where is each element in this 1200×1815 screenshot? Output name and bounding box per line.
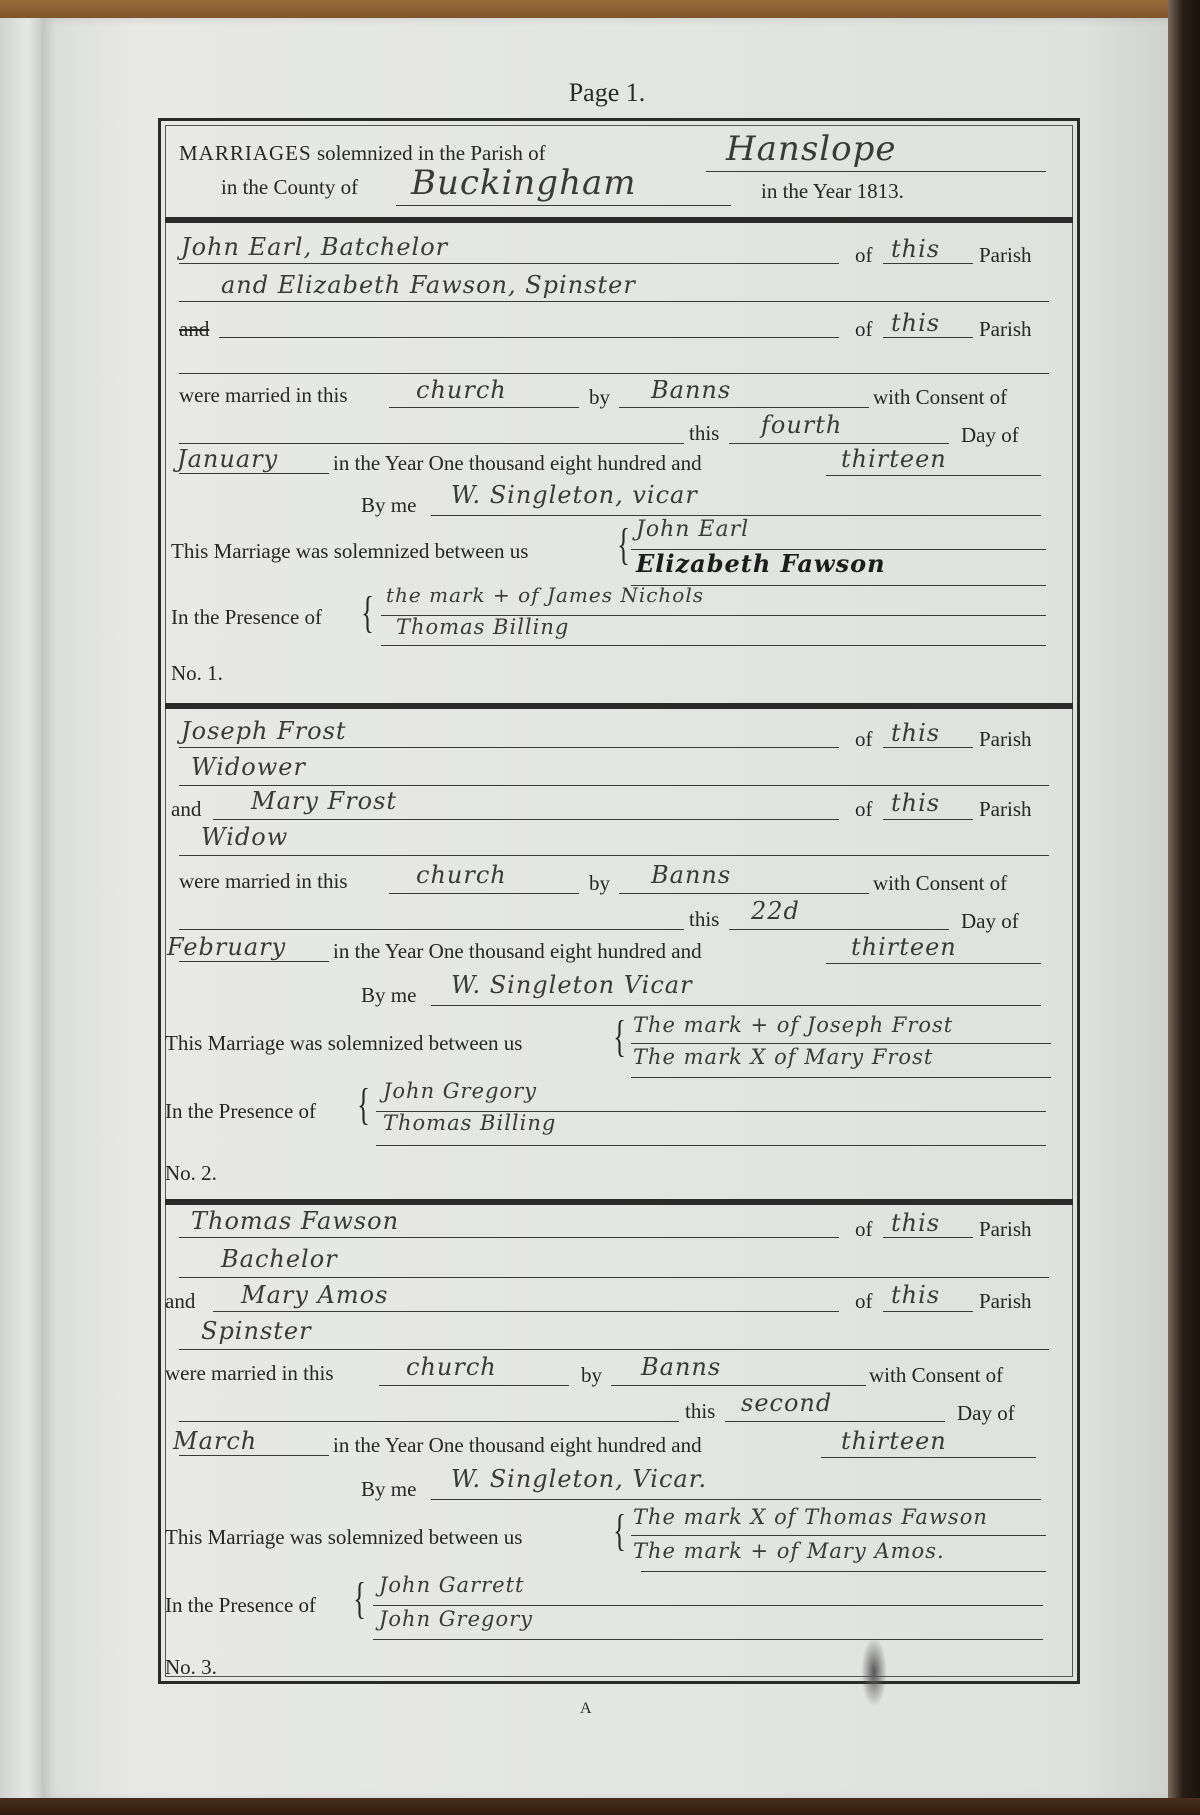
page-title: Page 1.	[42, 78, 1172, 108]
brace: {	[617, 523, 630, 567]
groom-status: Bachelor	[221, 1245, 338, 1273]
bride-parish: this	[891, 1281, 940, 1309]
officiant: W. Singleton, vicar	[451, 481, 698, 509]
entry-divider	[165, 1199, 1073, 1205]
marriage-month: March	[173, 1427, 257, 1455]
signature-1: John Earl	[636, 517, 749, 542]
witness-1: the mark + of James Nichols	[386, 583, 704, 607]
witness-1: John Garrett	[379, 1573, 524, 1597]
bride-parish: this	[891, 309, 940, 337]
struck-and: and	[179, 317, 209, 342]
header-marriages: MARRIAGES	[179, 141, 312, 165]
brace: {	[353, 1577, 366, 1621]
marriage-day: 22d	[751, 897, 800, 925]
marriage-year: thirteen	[841, 445, 947, 473]
printer-signature-mark: A	[580, 1700, 592, 1718]
marriage-year: thirteen	[851, 933, 957, 961]
brace: {	[361, 591, 374, 635]
marriage-month: January	[177, 445, 278, 473]
entry-number: No. 2.	[165, 1161, 217, 1186]
signature-1: The mark + of Joseph Frost	[633, 1013, 953, 1037]
marriage-register-frame: MARRIAGES solemnized in the Parish of Ha…	[158, 118, 1080, 1684]
header-solemnized: solemnized in the Parish of	[317, 141, 546, 165]
signature-1: The mark X of Thomas Fawson	[633, 1505, 988, 1529]
signature-2: The mark + of Mary Amos.	[633, 1539, 945, 1563]
groom-status: Widower	[191, 753, 306, 781]
entry-number: No. 1.	[171, 661, 223, 686]
signature-2: Elizabeth Fawson	[636, 549, 886, 578]
witness-1: John Gregory	[383, 1079, 537, 1103]
marriage-month: February	[167, 933, 286, 961]
brace: {	[613, 1509, 626, 1553]
groom-name: Thomas Fawson	[191, 1207, 399, 1235]
groom-parish: this	[891, 719, 940, 747]
officiant: W. Singleton Vicar	[451, 971, 693, 999]
header-county-label: in the County of	[221, 175, 358, 200]
witness-2: Thomas Billing	[383, 1111, 556, 1135]
witness-2: John Gregory	[379, 1607, 533, 1631]
brace: {	[613, 1015, 626, 1059]
header-divider	[165, 217, 1073, 223]
marriage-method: Banns	[651, 861, 731, 889]
marriage-place: church	[416, 376, 507, 404]
entry-divider	[165, 703, 1073, 709]
entry-number: No. 3.	[165, 1655, 217, 1680]
parish-name: Hanslope	[726, 129, 897, 169]
officiant: W. Singleton, Vicar.	[451, 1465, 707, 1493]
marriage-method: Banns	[651, 376, 731, 404]
bride-name: Mary Frost	[251, 787, 397, 815]
marriage-method: Banns	[641, 1353, 721, 1381]
wooden-table-bottom-edge	[0, 1798, 1200, 1815]
bride-line: and Elizabeth Fawson, Spinster	[221, 271, 636, 299]
header-year: in the Year 1813.	[761, 179, 904, 204]
marriage-day: second	[741, 1389, 832, 1417]
brace: {	[357, 1083, 370, 1127]
bride-name: Mary Amos	[241, 1281, 388, 1309]
witness-2: Thomas Billing	[396, 615, 569, 639]
signature-2: The mark X of Mary Frost	[633, 1045, 933, 1069]
ink-smudge	[861, 1637, 887, 1707]
facing-page-edge	[0, 18, 46, 1800]
bride-status: Spinster	[201, 1317, 312, 1345]
marriage-place: church	[406, 1353, 497, 1381]
groom-name: Joseph Frost	[181, 717, 347, 745]
county-name: Buckingham	[411, 163, 636, 203]
marriage-day: fourth	[761, 411, 842, 439]
groom-parish: this	[891, 235, 940, 263]
book-binding	[1168, 0, 1200, 1815]
groom-name: John Earl, Batchelor	[181, 233, 448, 261]
groom-parish: this	[891, 1209, 940, 1237]
marriage-year: thirteen	[841, 1427, 947, 1455]
marriage-place: church	[416, 861, 507, 889]
bride-parish: this	[891, 789, 940, 817]
bride-status: Widow	[201, 823, 288, 851]
